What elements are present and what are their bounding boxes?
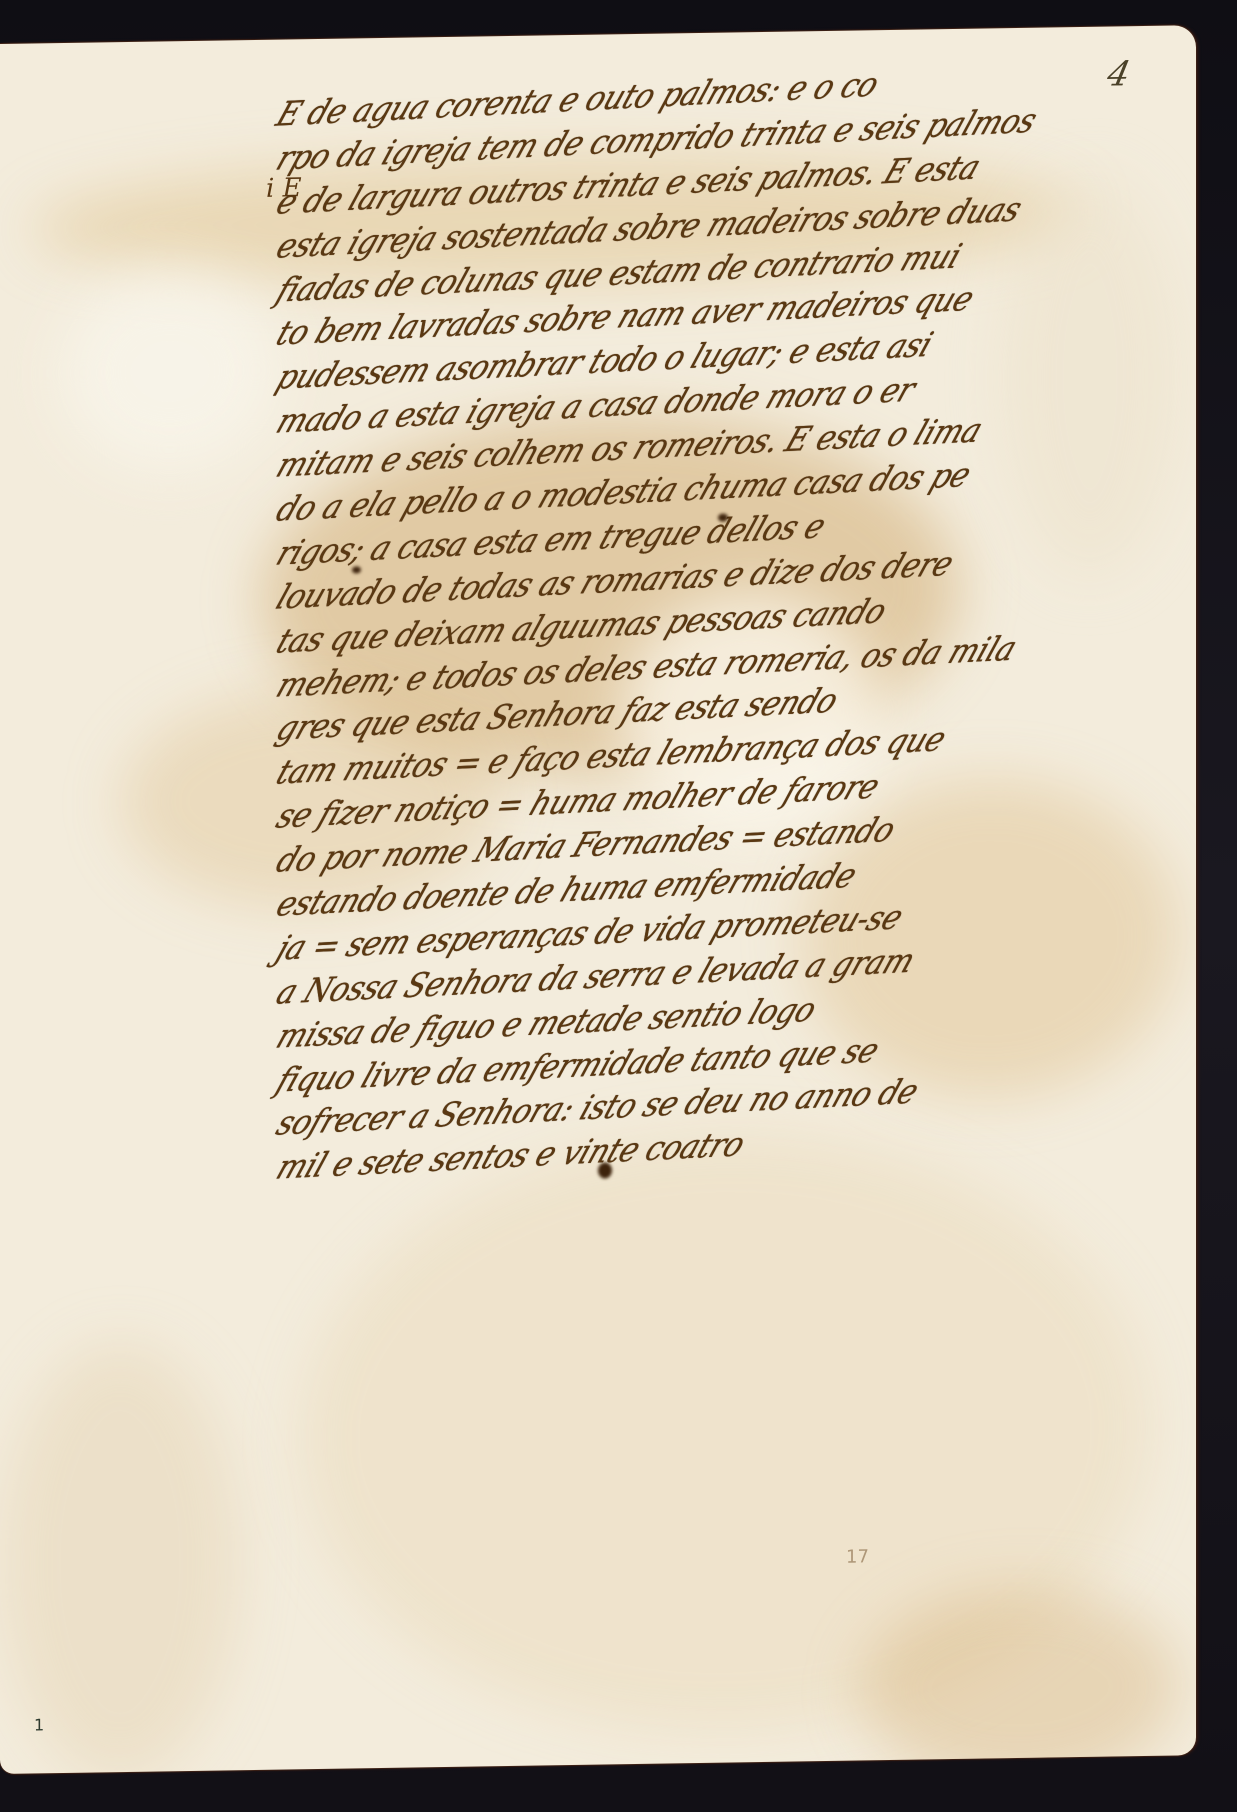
light-patch bbox=[60, 270, 280, 473]
scan-background: 4 i E E de agua corenta e outo palmos: e… bbox=[0, 0, 1237, 1812]
bleed-through-mark: 17 bbox=[846, 1546, 869, 1567]
light-patch bbox=[1000, 175, 1180, 578]
manuscript-page: 4 i E E de agua corenta e outo palmos: e… bbox=[0, 25, 1196, 1774]
handwritten-text: E de agua corenta e outo palmos: e o co … bbox=[278, 83, 978, 1191]
margin-mark: 1 bbox=[34, 1715, 44, 1734]
water-stain bbox=[300, 1126, 1150, 1739]
water-stain bbox=[0, 1340, 240, 1774]
folio-number: 4 bbox=[1104, 54, 1134, 94]
water-stain bbox=[860, 1585, 1180, 1774]
